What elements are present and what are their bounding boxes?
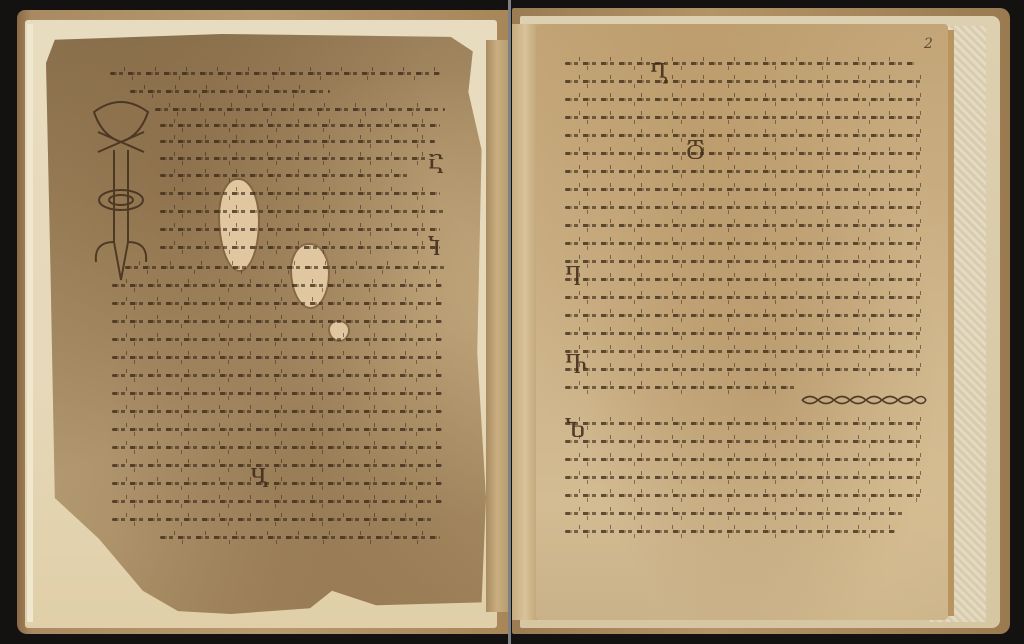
initial-letter: Ⴅ bbox=[565, 356, 587, 378]
initial-letter: Ⴈ bbox=[428, 238, 440, 260]
text-line bbox=[112, 392, 442, 395]
text-line bbox=[160, 124, 440, 127]
text-line bbox=[125, 266, 445, 269]
text-line bbox=[112, 320, 442, 323]
initial-letter: Ⴃ bbox=[686, 142, 705, 164]
text-line bbox=[565, 368, 925, 371]
text-line bbox=[112, 374, 442, 377]
text-line bbox=[155, 108, 445, 111]
initial-letter: Ⴁ bbox=[250, 470, 269, 492]
cross-ornament-icon bbox=[84, 92, 158, 284]
text-line bbox=[565, 386, 795, 389]
text-line bbox=[112, 446, 442, 449]
text-line bbox=[565, 116, 925, 119]
text-line bbox=[112, 518, 432, 521]
text-line bbox=[565, 314, 925, 317]
text-line bbox=[160, 228, 440, 231]
text-line bbox=[565, 440, 925, 443]
text-line bbox=[565, 62, 915, 65]
text-line bbox=[565, 332, 925, 335]
text-line bbox=[565, 80, 925, 83]
text-line bbox=[565, 476, 925, 479]
gutter-right bbox=[512, 24, 538, 620]
text-line bbox=[160, 246, 440, 249]
text-line bbox=[565, 224, 925, 227]
text-line bbox=[112, 428, 442, 431]
text-line bbox=[160, 174, 410, 177]
text-line bbox=[112, 338, 442, 341]
text-line bbox=[565, 530, 895, 533]
text-line bbox=[160, 536, 440, 539]
text-line bbox=[112, 284, 442, 287]
initial-letter: Ⴆ bbox=[565, 420, 585, 442]
text-line bbox=[565, 260, 925, 263]
text-line bbox=[565, 98, 925, 101]
text-line bbox=[565, 278, 925, 281]
text-line bbox=[112, 500, 442, 503]
text-line bbox=[160, 210, 445, 213]
text-line bbox=[565, 494, 925, 497]
text-line bbox=[112, 356, 442, 359]
text-line bbox=[110, 72, 440, 75]
text-line bbox=[565, 458, 925, 461]
text-line bbox=[565, 422, 925, 425]
text-line bbox=[565, 206, 925, 209]
split-divider[interactable] bbox=[508, 0, 511, 644]
braid-ornament-icon bbox=[800, 393, 928, 407]
text-line bbox=[565, 188, 925, 191]
initial-letter: Ⴀ bbox=[428, 156, 444, 178]
text-line bbox=[112, 464, 442, 467]
text-line bbox=[565, 350, 925, 353]
text-line bbox=[565, 152, 925, 155]
initial-letter: Ⴄ bbox=[565, 268, 581, 290]
leaf-right-edge bbox=[948, 30, 954, 616]
text-line bbox=[565, 170, 925, 173]
text-line bbox=[565, 134, 925, 137]
text-line bbox=[160, 140, 435, 143]
text-line bbox=[565, 296, 925, 299]
text-line bbox=[112, 302, 442, 305]
text-line bbox=[160, 157, 430, 160]
text-line bbox=[112, 482, 442, 485]
folio-number: 2 bbox=[924, 36, 933, 52]
text-line bbox=[565, 512, 905, 515]
gutter-left bbox=[486, 40, 508, 612]
initial-letter: Ⴂ bbox=[650, 65, 668, 87]
text-line bbox=[130, 90, 330, 93]
text-line bbox=[565, 242, 925, 245]
mount-paper-left-edge bbox=[27, 24, 33, 622]
text-line bbox=[160, 192, 440, 195]
text-line bbox=[112, 410, 442, 413]
